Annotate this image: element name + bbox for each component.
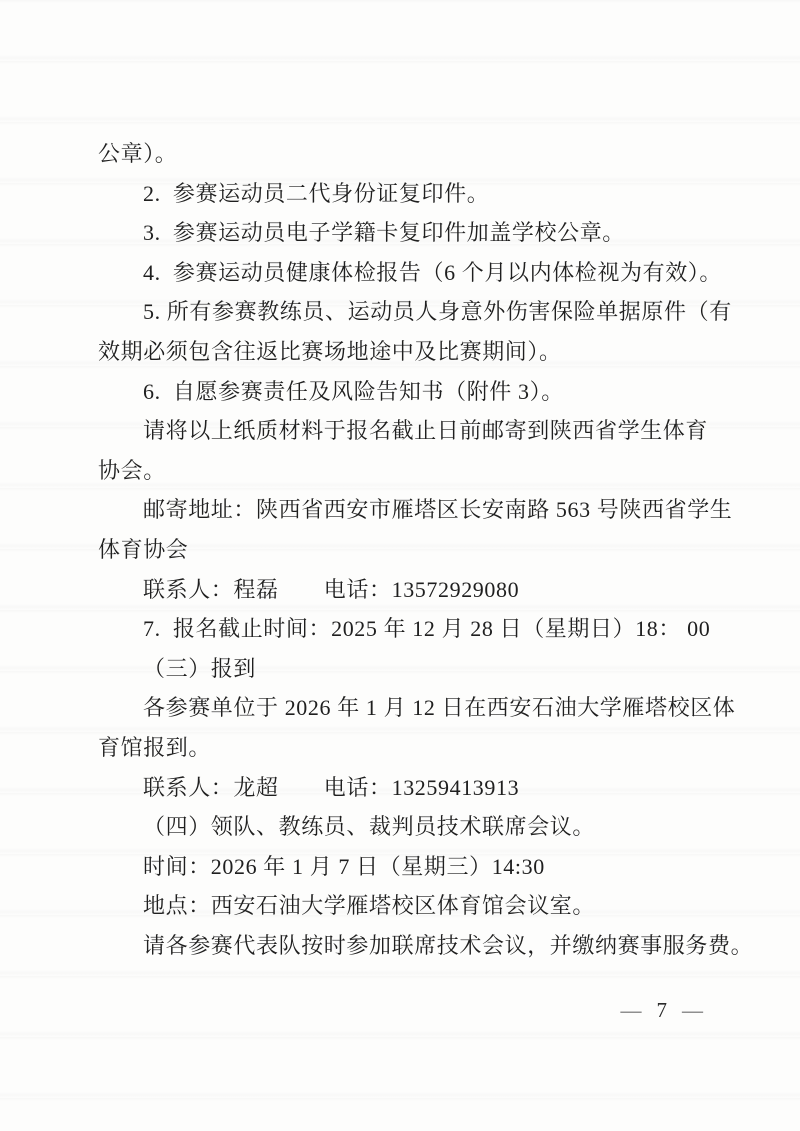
list-item-2-id-copy: 2. 参赛运动员二代身份证复印件。 bbox=[98, 174, 723, 214]
list-item-6-risk-notice: 6. 自愿参赛责任及风险告知书（附件 3）。 bbox=[98, 372, 723, 412]
paragraph-mail-continuation: 协会。 bbox=[98, 451, 723, 491]
meeting-time-line: 时间：2026 年 1 月 7 日（星期三）14:30 bbox=[98, 847, 723, 887]
meeting-location-line: 地点：西安石油大学雁塔校区体育馆会议室。 bbox=[98, 886, 723, 926]
page-footer: —7— bbox=[621, 996, 705, 1024]
contact-line-long-chao: 联系人：龙超 电话：13259413913 bbox=[98, 768, 723, 808]
list-item-3-student-card: 3. 参赛运动员电子学籍卡复印件加盖学校公章。 bbox=[98, 213, 723, 253]
checkin-detail-line: 各参赛单位于 2026 年 1 月 12 日在西安石油大学雁塔校区体 bbox=[98, 688, 723, 728]
list-item-7-deadline: 7. 报名截止时间：2025 年 12 月 28 日（星期日）18： 00 bbox=[98, 609, 723, 649]
document-body: 公章）。 2. 参赛运动员二代身份证复印件。 3. 参赛运动员电子学籍卡复印件加… bbox=[98, 134, 723, 965]
footer-dash-left: — bbox=[621, 998, 643, 1022]
list-item-5-insurance: 5. 所有参赛教练员、运动员人身意外伤害保险单据原件（有 bbox=[98, 292, 723, 332]
mailing-address-continuation: 体育协会 bbox=[98, 530, 723, 570]
paragraph-mail-instruction: 请将以上纸质材料于报名截止日前邮寄到陕西省学生体育 bbox=[98, 411, 723, 451]
mailing-address-line: 邮寄地址：陕西省西安市雁塔区长安南路 563 号陕西省学生 bbox=[98, 490, 723, 530]
contact-line-cheng-lei: 联系人：程磊 电话：13572929080 bbox=[98, 570, 723, 610]
page-number: 7 bbox=[657, 998, 669, 1022]
list-item-5-continuation: 效期必须包含往返比赛场地途中及比赛期间）。 bbox=[98, 332, 723, 372]
list-item-4-health-report: 4. 参赛运动员健康体检报告（6 个月以内体检视为有效）。 bbox=[98, 253, 723, 293]
meeting-fee-notice-line: 请各参赛代表队按时参加联席技术会议，并缴纳赛事服务费。 bbox=[98, 926, 723, 966]
footer-dash-right: — bbox=[682, 998, 704, 1022]
checkin-detail-continuation: 育馆报到。 bbox=[98, 728, 723, 768]
section-3-heading-checkin: （三）报到 bbox=[98, 649, 723, 689]
line-seal-continuation: 公章）。 bbox=[98, 134, 723, 174]
document-page: 公章）。 2. 参赛运动员二代身份证复印件。 3. 参赛运动员电子学籍卡复印件加… bbox=[0, 0, 800, 1131]
section-4-heading-meeting: （四）领队、教练员、裁判员技术联席会议。 bbox=[98, 807, 723, 847]
